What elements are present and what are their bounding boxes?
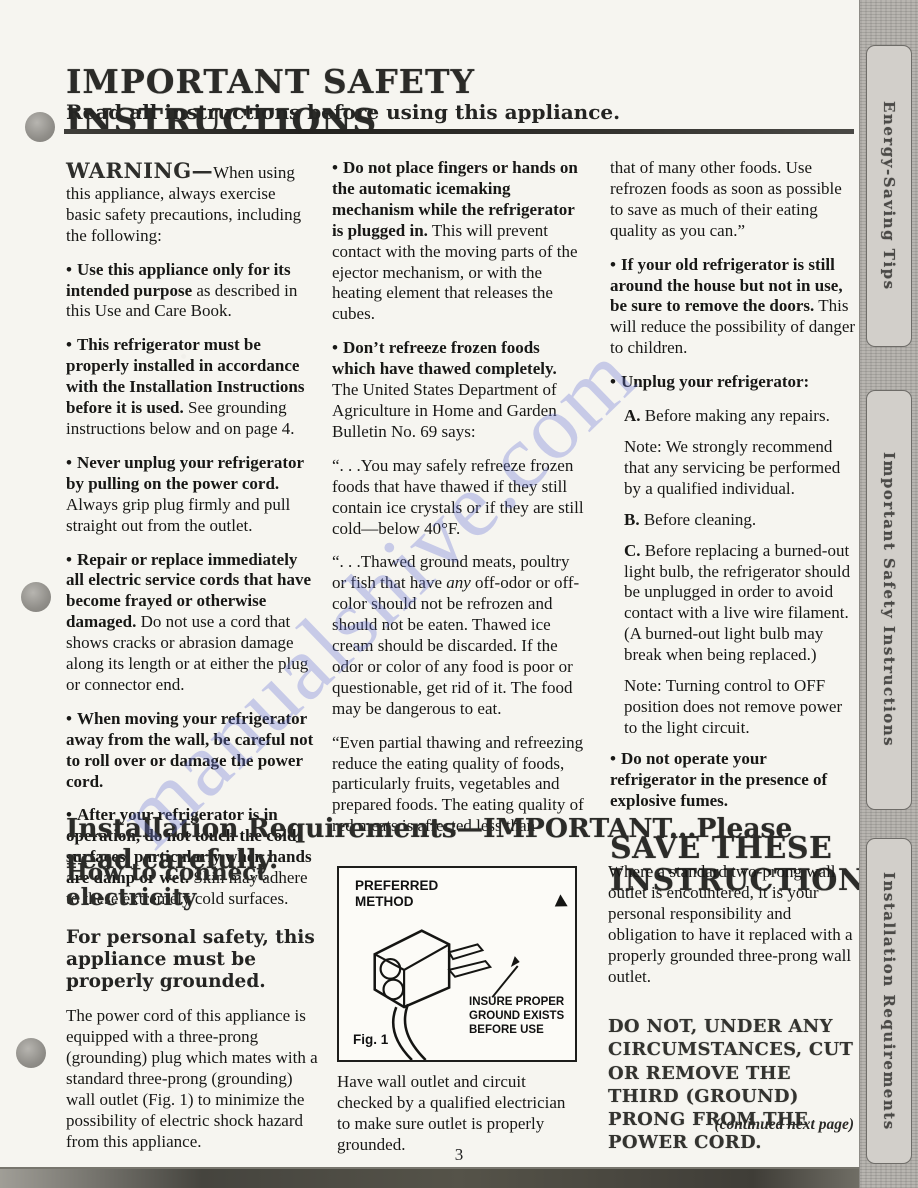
page-number: 3 <box>66 1145 852 1165</box>
bullet-icon: • <box>332 158 338 177</box>
safety-column-3: that of many other foods. Use refrozen f… <box>610 158 856 897</box>
text-run: B. <box>624 510 640 529</box>
binder-hole <box>16 1038 46 1068</box>
usda-quote: “. . .You may safely refreeze frozen foo… <box>332 456 584 540</box>
text-run: The United States Department of Agricult… <box>332 380 557 441</box>
scan-shadow-band <box>0 1167 918 1188</box>
figure-method-label: PREFERRED METHOD <box>355 878 455 910</box>
safety-bullet: •Do not place fingers or hands on the au… <box>332 158 584 325</box>
bullet-icon: • <box>610 255 616 274</box>
text-run: Always grip plug firmly and pull straigh… <box>66 495 290 535</box>
title-divider <box>64 129 854 134</box>
safety-bullet: •Do not operate your refrigerator in the… <box>610 749 856 812</box>
sidebar-tab-important-safety-instructions: Important Safety Instructions <box>866 390 912 810</box>
note: Note: Turning control to OFF position do… <box>610 676 856 739</box>
figure-number-label: Fig. 1 <box>353 1032 388 1047</box>
safety-column-1: WARNING—When using this appliance, alway… <box>66 158 314 923</box>
text-run: If your old refrigerator is still around… <box>610 255 843 316</box>
bullet-icon: • <box>66 709 72 728</box>
continued-next-page: (continued next page) <box>560 1116 854 1134</box>
safety-bullet: •Don’t refreeze frozen foods which have … <box>332 338 584 443</box>
safety-bullet: •Repair or replace immediately all elect… <box>66 550 314 696</box>
warning-paragraph: WARNING—When using this appliance, alway… <box>66 158 314 247</box>
paragraph: The power cord of this appliance is equi… <box>66 1006 318 1152</box>
sidebar-tab-energy-saving-tips: Energy-Saving Tips <box>866 45 912 347</box>
text-run: any <box>446 573 471 592</box>
safety-bullet: •If your old refrigerator is still aroun… <box>610 255 856 360</box>
safety-bullet: •This refrigerator must be properly inst… <box>66 335 314 440</box>
text-run: A. <box>624 406 641 425</box>
bullet-icon: • <box>66 335 72 354</box>
sidebar-tab-installation-requirements: Installation Requirements <box>866 838 912 1164</box>
text-run: C. <box>624 541 641 560</box>
bullet-icon: • <box>66 260 72 279</box>
binder-hole <box>21 582 51 612</box>
safety-bullet: •Never unplug your refrigerator by pulli… <box>66 453 314 537</box>
figure-ground-note: INSURE PROPER GROUND EXISTS BEFORE USE <box>469 996 569 1037</box>
text-run: Do not operate your refrigerator in the … <box>610 749 827 810</box>
figure-caption: Have wall outlet and circuit checked by … <box>337 1072 581 1156</box>
safety-bullet: •Use this appliance only for its intende… <box>66 260 314 323</box>
figure-1-box: PREFERRED METHOD INSURE PROPER GROUND EX… <box>337 866 577 1062</box>
text-run: Before cleaning. <box>640 510 757 529</box>
safety-column-2: •Do not place fingers or hands on the au… <box>332 158 584 850</box>
bullet-icon: • <box>610 372 616 391</box>
manual-page: { "glyphs": { "bullet": "•" }, "watermar… <box>0 0 918 1188</box>
install-right-column: Where a standard two-prong wall outlet i… <box>608 862 856 1154</box>
paragraph: Where a standard two-prong wall outlet i… <box>608 862 856 987</box>
bullet-icon: • <box>610 749 616 768</box>
sub-item-c: C. Before replacing a burned-out light b… <box>610 541 856 666</box>
safety-bullet: •Unplug your refrigerator: <box>610 372 856 393</box>
text-run: off-odor or off-color should not be refr… <box>332 573 579 717</box>
how-to-connect-heading: How to connect electricity <box>66 860 276 911</box>
sub-item-a: A. Before making any repairs. <box>610 406 856 427</box>
text-run: When moving your refrigerator away from … <box>66 709 313 791</box>
bullet-icon: • <box>66 453 72 472</box>
text-run: Unplug your refrigerator: <box>621 372 809 391</box>
warning-lead: WARNING— <box>66 158 213 183</box>
bullet-icon: • <box>332 338 338 357</box>
safety-bullet: •When moving your refrigerator away from… <box>66 709 314 793</box>
text-run: Don’t refreeze frozen foods which have t… <box>332 338 557 378</box>
text-run: Before making any repairs. <box>641 406 830 425</box>
text-run: Before replacing a burned-out light bulb… <box>624 541 850 665</box>
page-subtitle: Read all instructions before using this … <box>66 100 666 124</box>
bullet-icon: • <box>66 550 72 569</box>
sub-item-b: B. Before cleaning. <box>610 510 856 531</box>
note: Note: We strongly recommend that any ser… <box>610 437 856 500</box>
paragraph: that of many other foods. Use refrozen f… <box>610 158 856 242</box>
binder-hole <box>25 112 55 142</box>
grounding-subheading: For personal safety, this appliance must… <box>66 927 318 994</box>
edge-index-sidebar: Energy-Saving Tips Important Safety Inst… <box>859 0 918 1188</box>
install-left-column: How to connect electricity For personal … <box>66 860 318 1166</box>
text-run: Never unplug your refrigerator by pullin… <box>66 453 304 493</box>
usda-quote: “. . .Thawed ground meats, poultry or fi… <box>332 552 584 719</box>
